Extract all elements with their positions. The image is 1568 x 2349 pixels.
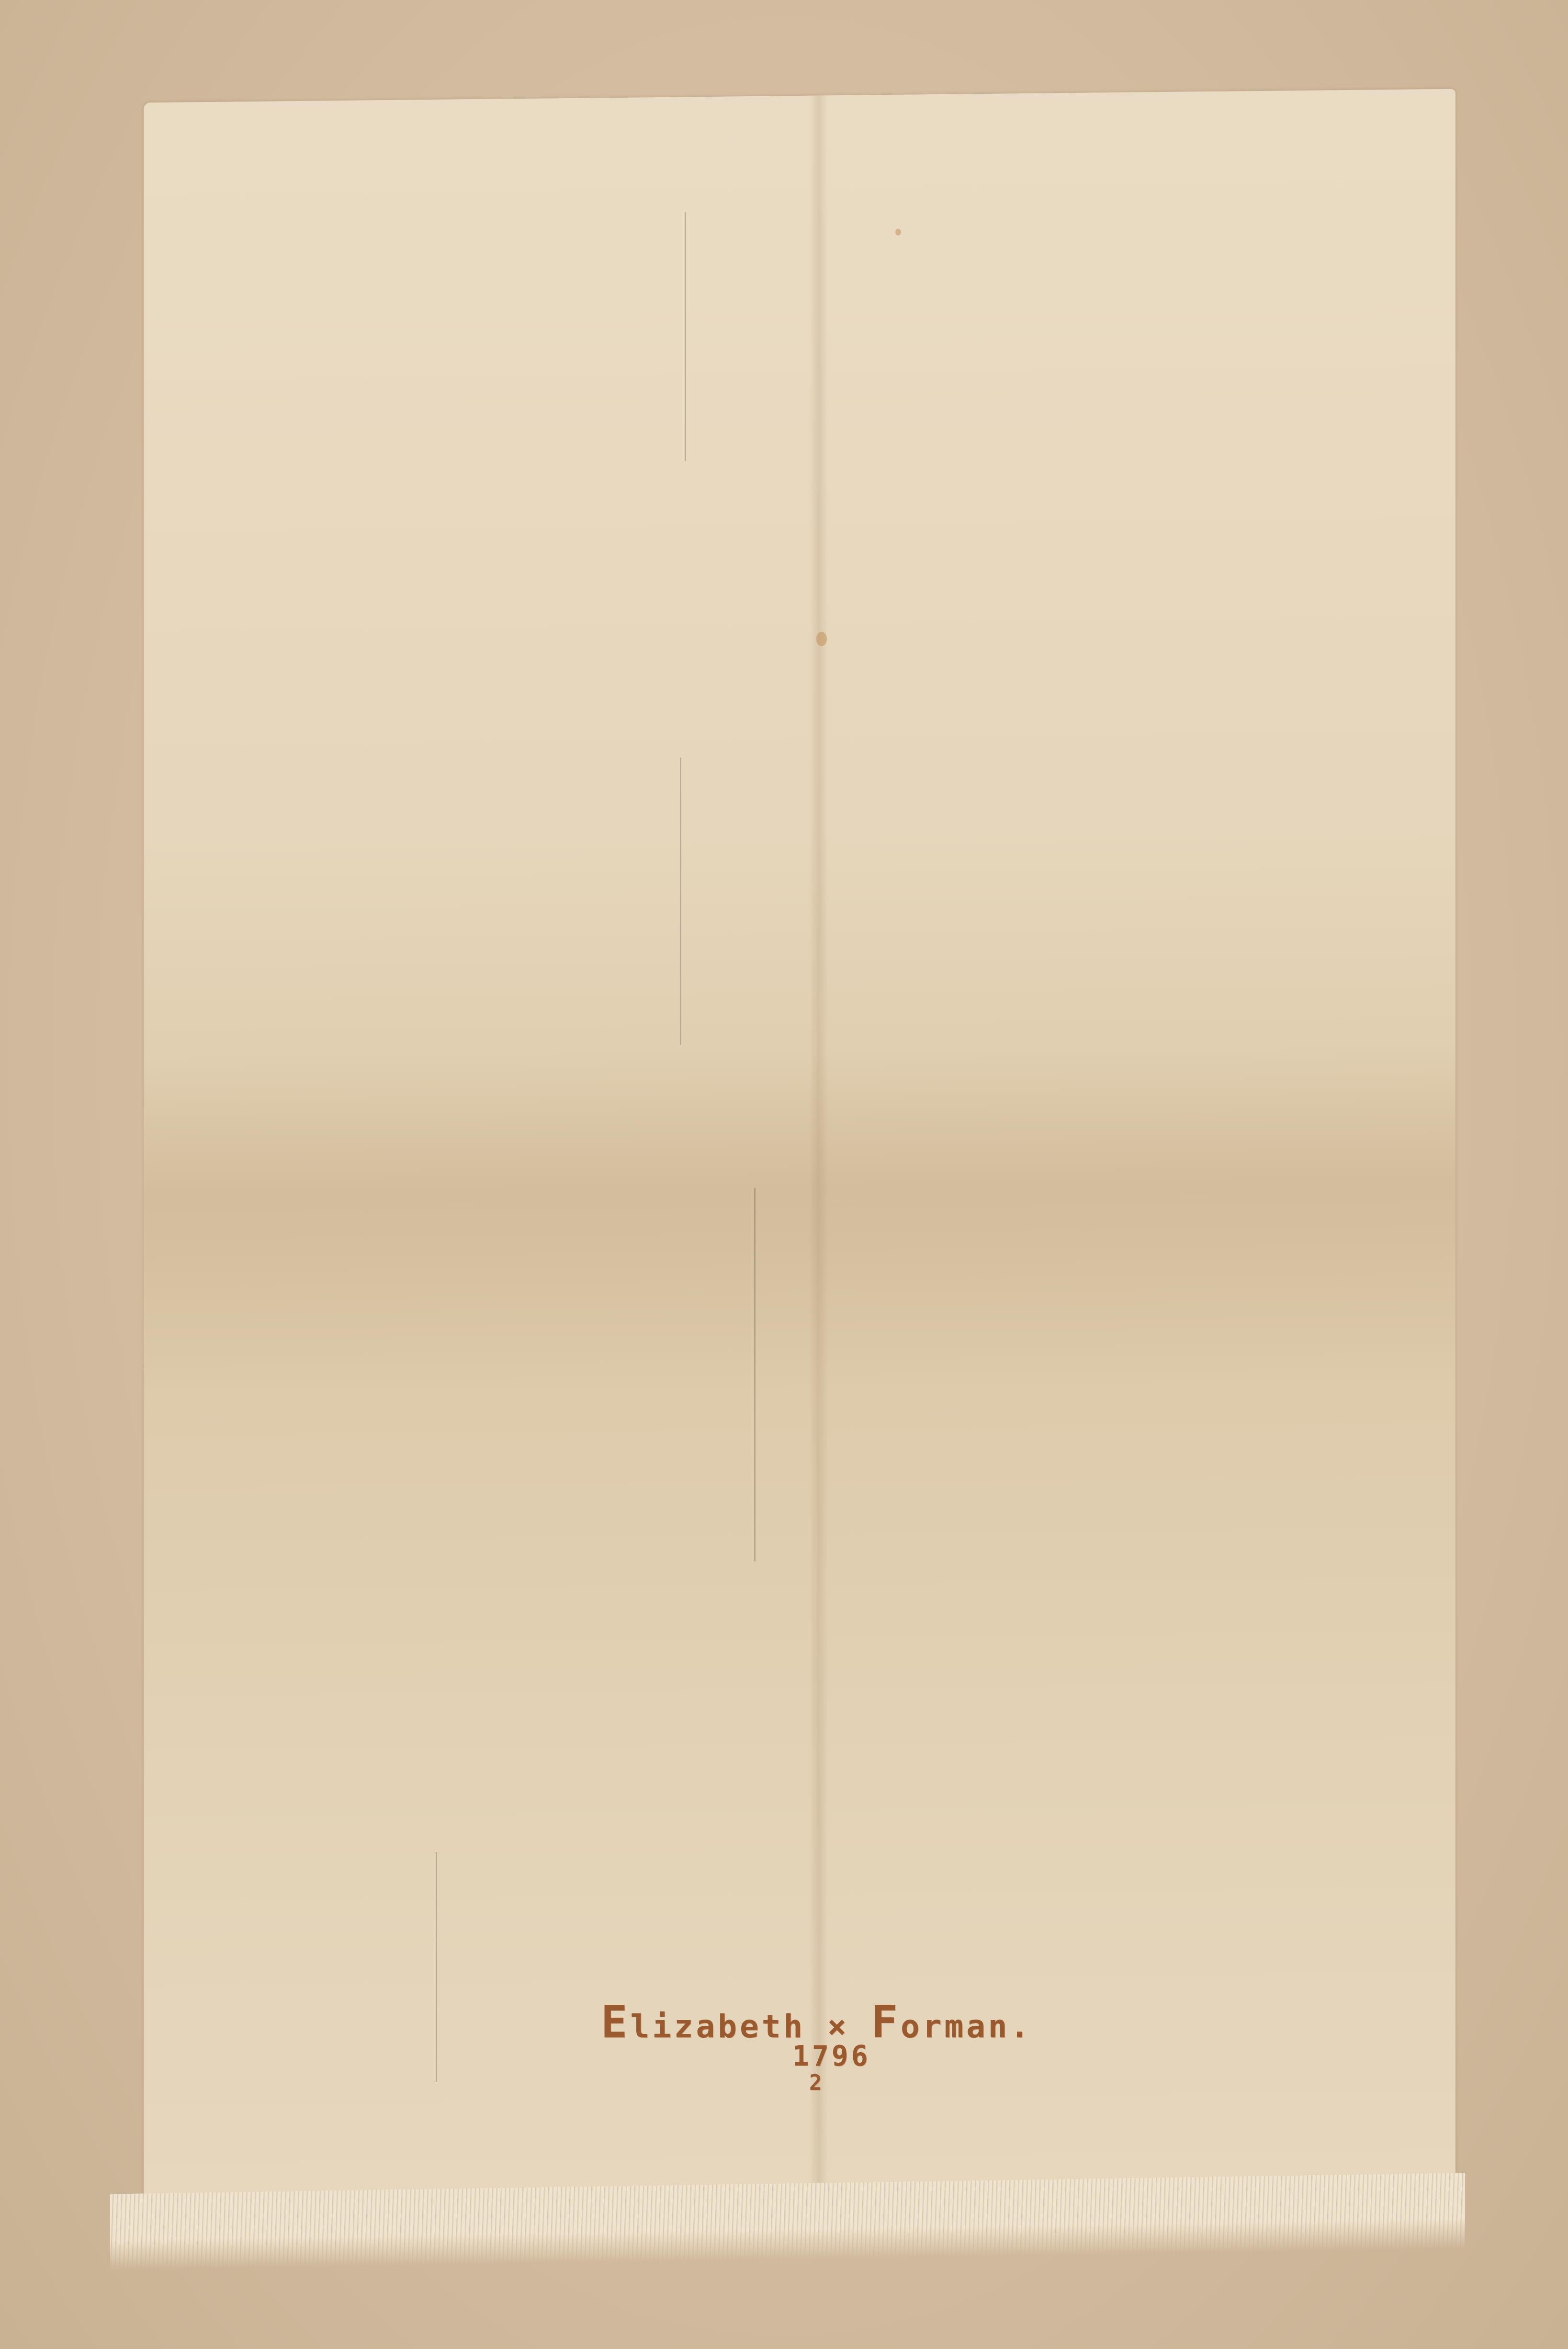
- stain-spot: [895, 229, 901, 236]
- embroidered-initial-f: F: [871, 1997, 901, 2048]
- thread-line: [436, 1852, 437, 2082]
- embroidered-year: 1796: [792, 2040, 871, 2072]
- embroidered-initial-e: E: [601, 1997, 630, 2048]
- thread-line: [754, 1188, 756, 1561]
- stain-spot: [816, 632, 827, 646]
- thread-line: [680, 758, 681, 1045]
- embroidered-first-name: lizabeth: [630, 2008, 805, 2045]
- embroidered-number: 2: [809, 2071, 825, 2095]
- thread-line: [685, 212, 686, 461]
- horizontal-fold-shadow: [144, 1047, 1455, 1396]
- embroidered-last-name: orman.: [901, 2008, 1032, 2045]
- linen-towel: [144, 89, 1455, 2195]
